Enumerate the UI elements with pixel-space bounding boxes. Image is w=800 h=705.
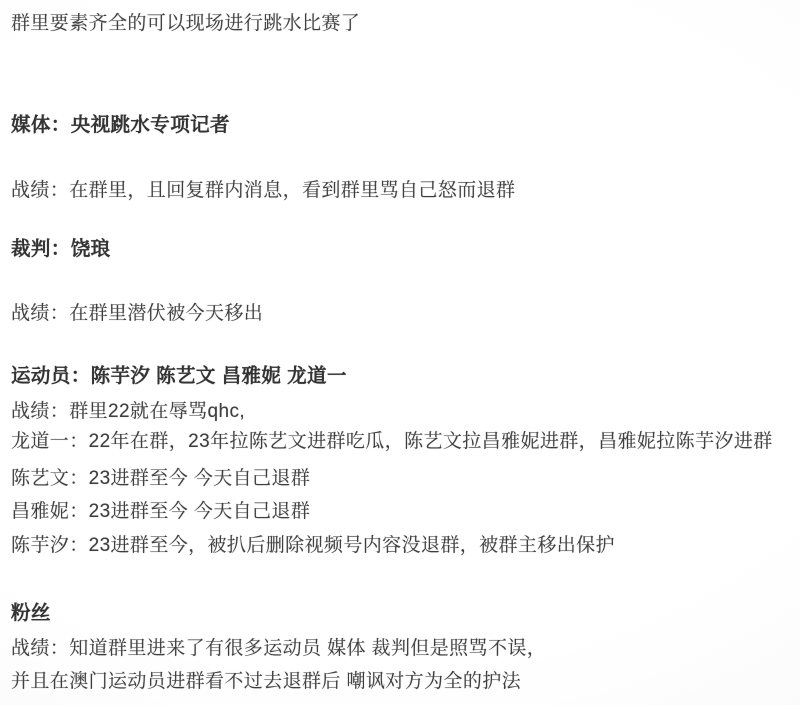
referee-heading: 裁判：饶琅 xyxy=(11,240,111,260)
media-heading: 媒体：央视跳水专项记者 xyxy=(11,116,230,136)
athlete-chenyuxi: 陈芋汐：23进群至今，被扒后删除视频号内容没退群，被群主移出保护 xyxy=(11,536,615,555)
fans-heading: 粉丝 xyxy=(11,604,51,624)
athlete-longdaoyi: 龙道一：22年在群，23年拉陈艺文进群吃瓜，陈艺文拉昌雅妮进群，昌雅妮拉陈芋汐进… xyxy=(11,432,773,451)
athletes-record: 战绩：群里22就在辱骂qhc, xyxy=(11,402,245,421)
intro-line: 群里要素齐全的可以现场进行跳水比赛了 xyxy=(11,14,360,33)
athlete-chenyiwen: 陈艺文：23进群至今 今天自己退群 xyxy=(11,469,310,488)
post-body: 群里要素齐全的可以现场进行跳水比赛了 媒体：央视跳水专项记者 战绩：在群里，且回… xyxy=(0,0,800,705)
athletes-heading: 运动员：陈芋汐 陈艺文 昌雅妮 龙道一 xyxy=(11,367,347,387)
fans-record-line-1: 战绩：知道群里进来了有很多运动员 媒体 裁判但是照骂不误， xyxy=(11,639,546,658)
referee-record: 战绩：在群里潜伏被今天移出 xyxy=(11,304,263,323)
athlete-changyani: 昌雅妮：23进群至今 今天自己退群 xyxy=(11,502,310,521)
fans-record-line-2: 并且在澳门运动员进群看不过去退群后 嘲讽对方为全的护法 xyxy=(11,672,521,691)
media-record: 战绩：在群里，且回复群内消息，看到群里骂自己怒而退群 xyxy=(11,181,515,200)
